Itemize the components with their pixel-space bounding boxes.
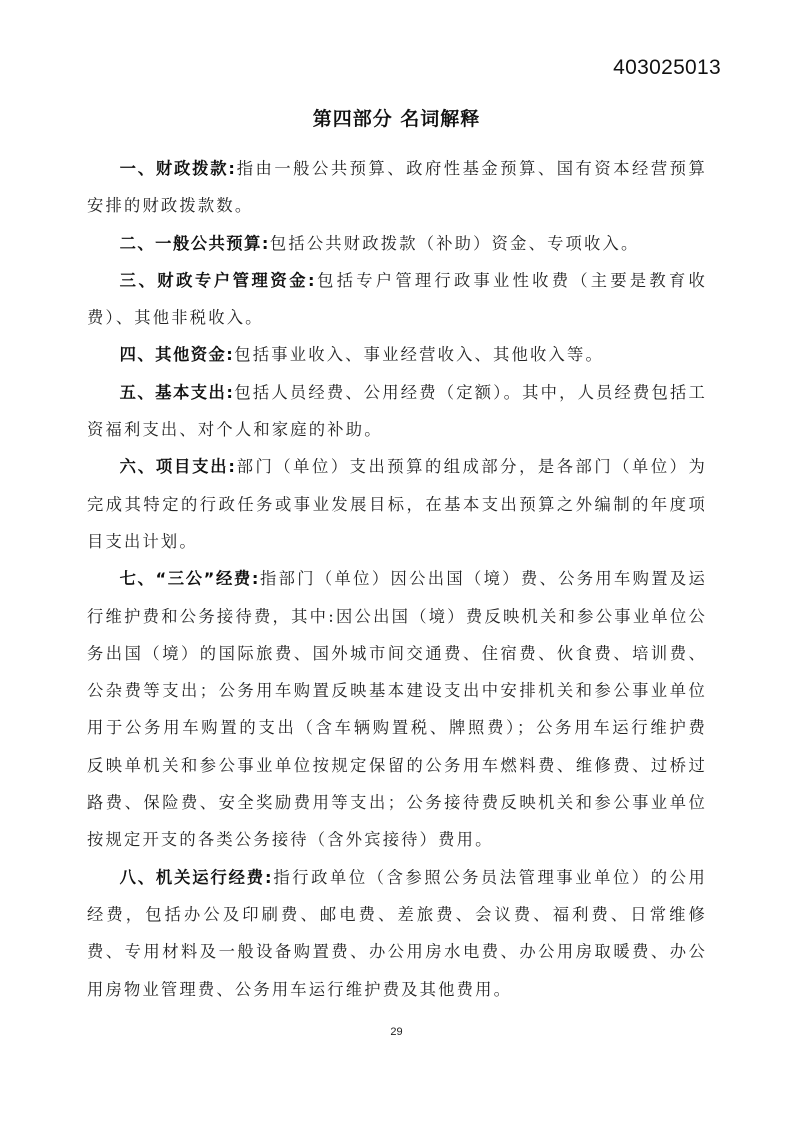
glossary-entry-special-account-funds: 三、财政专户管理资金:包括专户管理行政事业性收费（主要是教育收费）、其他非税收入… xyxy=(87,262,707,337)
glossary-body: 一、财政拨款:指由一般公共预算、政府性基金预算、国有资本经营预算安排的财政拨款数… xyxy=(87,150,707,1008)
term-label: 四、其他资金: xyxy=(120,345,235,364)
glossary-entry-other-funds: 四、其他资金:包括事业收入、事业经营收入、其他收入等。 xyxy=(87,336,707,373)
term-label: 六、项目支出: xyxy=(120,457,237,476)
term-label: 二、一般公共预算: xyxy=(120,234,270,253)
page-number: 29 xyxy=(0,1026,793,1038)
term-label: 三、财政专户管理资金: xyxy=(120,271,316,290)
page-title: 第四部分 名词解释 xyxy=(0,104,793,131)
glossary-entry-fiscal-appropriation: 一、财政拨款:指由一般公共预算、政府性基金预算、国有资本经营预算安排的财政拨款数… xyxy=(87,150,707,225)
glossary-entry-three-public-expenses: 七、“三公”经费:指部门（单位）因公出国（境）费、公务用车购置及运行维护费和公务… xyxy=(87,560,707,858)
document-code: 403025013 xyxy=(613,56,721,80)
term-label: 五、基本支出: xyxy=(120,383,235,402)
term-definition: 指行政单位（含参照公务员法管理事业单位）的公用经费，包括办公及印刷费、邮电费、差… xyxy=(87,868,707,999)
term-definition: 包括事业收入、事业经营收入、其他收入等。 xyxy=(234,345,604,364)
glossary-entry-general-public-budget: 二、一般公共预算:包括公共财政拨款（补助）资金、专项收入。 xyxy=(87,225,707,262)
term-label: 七、“三公”经费: xyxy=(120,569,260,588)
glossary-entry-agency-operating-expenses: 八、机关运行经费:指行政单位（含参照公务员法管理事业单位）的公用经费，包括办公及… xyxy=(87,859,707,1008)
glossary-entry-basic-expenditure: 五、基本支出:包括人员经费、公用经费（定额）。其中，人员经费包括工资福利支出、对… xyxy=(87,374,707,449)
glossary-entry-project-expenditure: 六、项目支出:部门（单位）支出预算的组成部分，是各部门（单位）为完成其特定的行政… xyxy=(87,448,707,560)
term-label: 一、财政拨款: xyxy=(120,159,237,178)
term-label: 八、机关运行经费: xyxy=(120,868,273,887)
term-definition: 包括公共财政拨款（补助）资金、专项收入。 xyxy=(270,234,640,253)
term-definition: 指部门（单位）因公出国（境）费、公务用车购置及运行维护费和公务接待费，其中:因公… xyxy=(87,569,707,849)
